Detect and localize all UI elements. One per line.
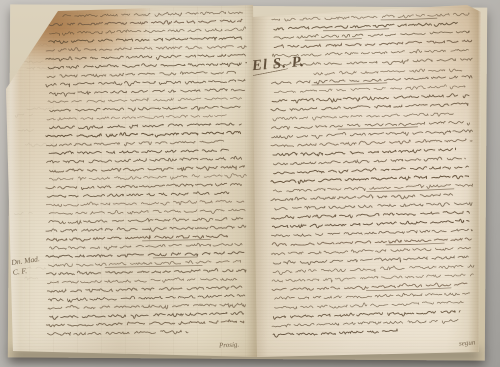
catchword-left: Prosig. <box>219 340 240 349</box>
margin-annotation: Dn. Mad. C. F. <box>11 254 42 278</box>
manuscript-page-left: Dn. Mad. C. F. Prosig. <box>5 3 258 359</box>
photo-background: Dn. Mad. C. F. Prosig. El S. P. segun <box>0 0 500 367</box>
manuscript-page-right: El S. P. segun <box>250 2 484 362</box>
handwriting-left <box>5 3 258 359</box>
catchword-right: segun <box>459 338 476 347</box>
